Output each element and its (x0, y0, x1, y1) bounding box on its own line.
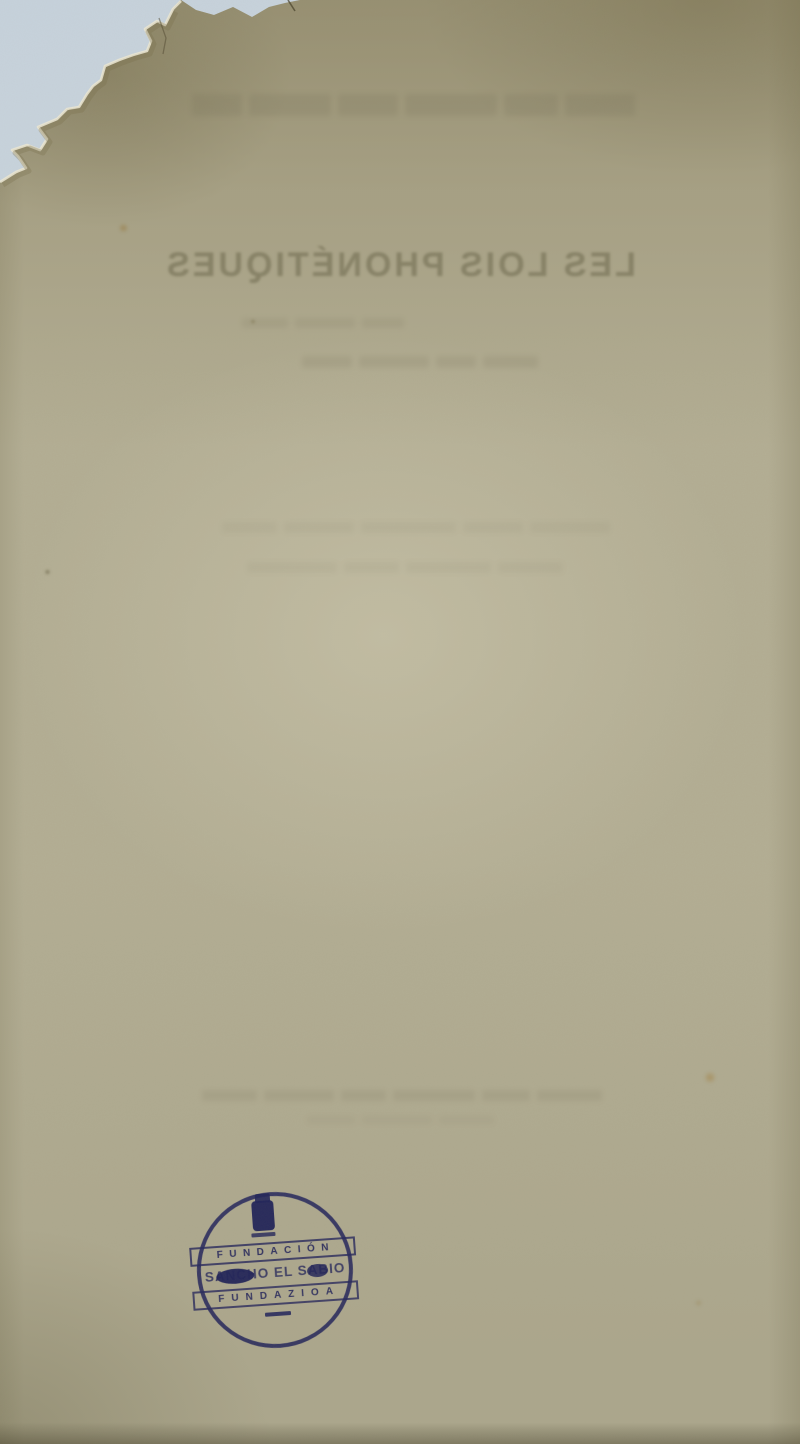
foxing-spot (44, 569, 51, 575)
show-through-line (185, 94, 635, 116)
show-through-line (215, 522, 610, 540)
show-through-line (195, 1090, 602, 1108)
scanned-book-page: LES LOIS PHONÉTIQUES FUN (0, 0, 800, 1444)
show-through-line (235, 318, 404, 336)
foxing-spot (250, 319, 256, 324)
show-through-title: LES LOIS PHONÉTIQUES (140, 246, 660, 290)
foxing-spot (118, 223, 129, 233)
show-through-line (300, 1116, 494, 1134)
show-through-line (295, 356, 538, 374)
foxing-spot (703, 1071, 717, 1084)
aged-paper-page (0, 0, 800, 1444)
library-stamp: FUNDACIÓN SANCHO EL SABIO FUNDAZIOA (182, 1180, 367, 1362)
stamp-emblem-icon (249, 1193, 276, 1238)
foxing-spot (694, 1299, 703, 1307)
show-through-line (240, 562, 563, 580)
